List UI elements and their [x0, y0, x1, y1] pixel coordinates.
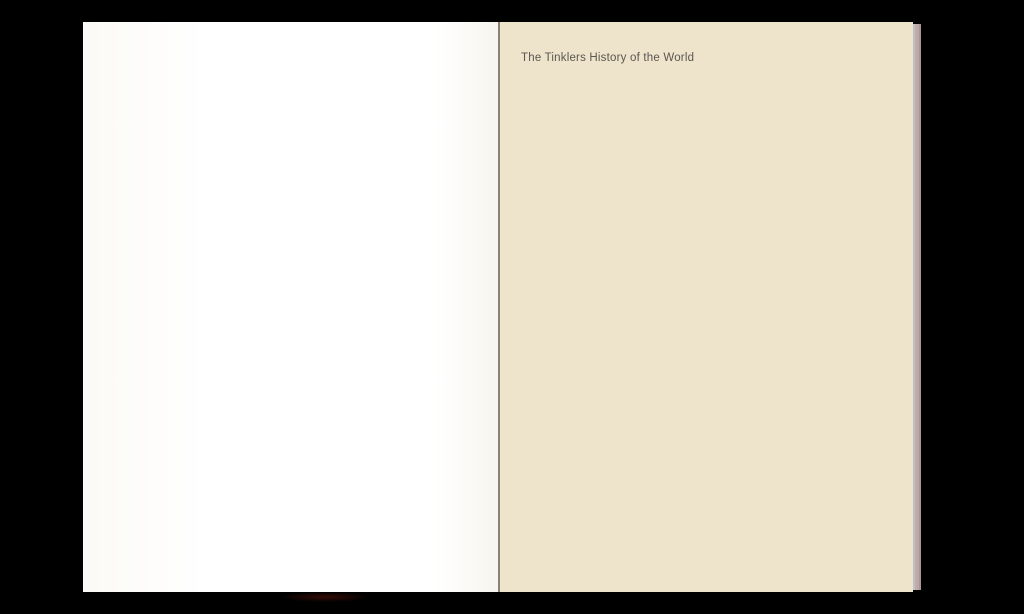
table-reflection [280, 592, 370, 602]
running-head: The Tinklers History of the World [521, 52, 694, 64]
right-page: The Tinklers History of the World [500, 22, 913, 592]
book-spread: The Tinklers History of the World [83, 22, 923, 592]
left-page [83, 22, 498, 592]
page-edge [919, 24, 921, 590]
